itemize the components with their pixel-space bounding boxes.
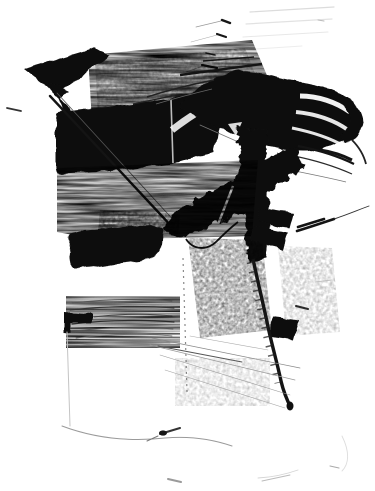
abstract-ink-artwork [0,0,375,491]
ink-canvas [0,0,375,491]
